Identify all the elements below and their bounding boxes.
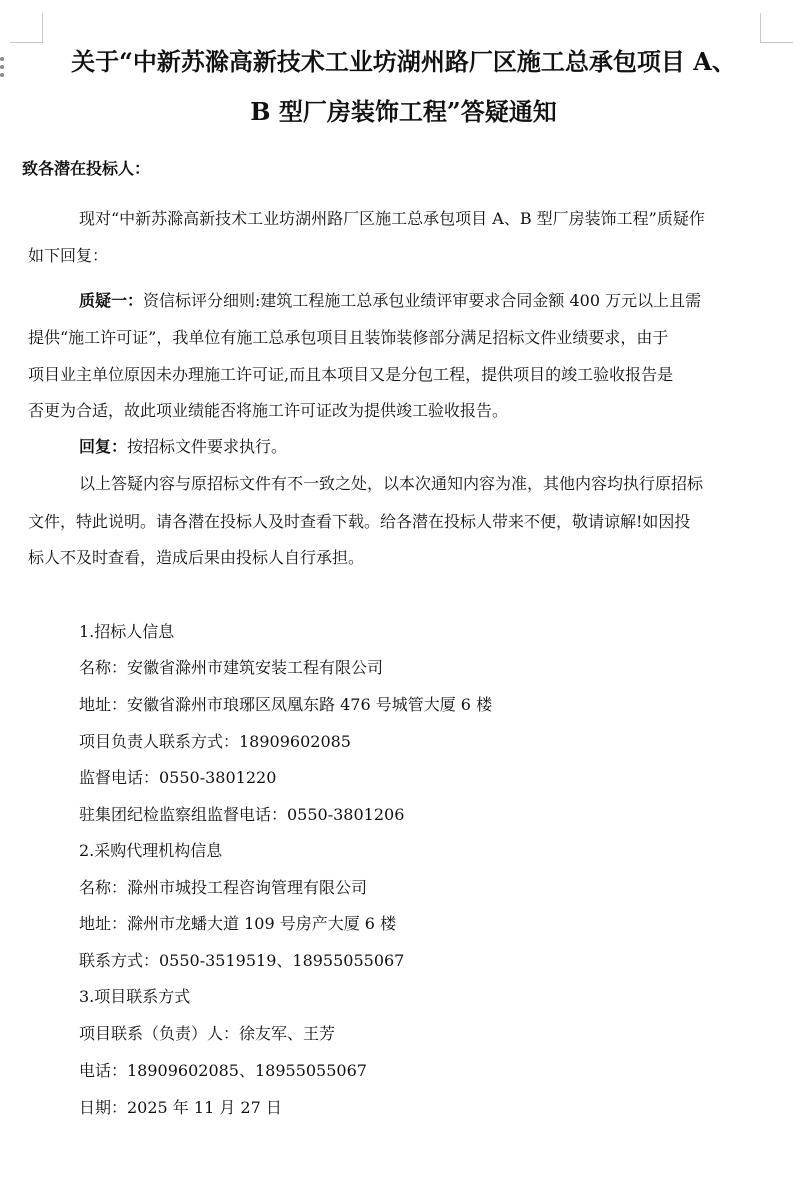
tenderer-project-lead-contact: 项目负责人联系方式：18909602085 bbox=[79, 731, 351, 753]
document-title-line-1: 关于“中新苏滁高新技术工业坊湖州路厂区施工总承包项目 A、 bbox=[20, 47, 787, 77]
agency-heading: 2.采购代理机构信息 bbox=[79, 840, 222, 862]
page-corner-mark-top-left bbox=[10, 13, 43, 43]
project-contact-phone: 电话：18909602085、18955055067 bbox=[79, 1060, 367, 1082]
intro-line-1: 现对“中新苏滁高新技术工业坊湖州路厂区施工总承包项目 A、B 型厂房装饰工程”质… bbox=[79, 208, 705, 230]
question-1-line-3: 项目业主单位原因未办理施工许可证,而且本项目又是分包工程，提供项目的竣工验收报告… bbox=[28, 364, 673, 386]
page-corner-mark-top-right bbox=[760, 13, 793, 43]
question-1-line-4: 否更为合适，故此项业绩能否将施工许可证改为提供竣工验收报告。 bbox=[28, 400, 508, 422]
tenderer-name: 名称：安徽省滁州市建筑安装工程有限公司 bbox=[79, 657, 383, 679]
question-1-line-2: 提供“施工许可证”，我单位有施工总承包项目且装饰装修部分满足招标文件业绩要求，由… bbox=[28, 327, 668, 349]
question-1-text: 资信标评分细则:建筑工程施工总承包业绩评审要求合同金额 400 万元以上且需 bbox=[143, 291, 701, 310]
tenderer-address: 地址：安徽省滁州市琅琊区凤凰东路 476 号城管大厦 6 楼 bbox=[79, 694, 492, 716]
document-date: 日期：2025 年 11 月 27 日 bbox=[79, 1097, 282, 1119]
notice-line-3: 标人不及时查看，造成后果由投标人自行承担。 bbox=[28, 547, 364, 569]
reply-1: 回复：按招标文件要求执行。 bbox=[79, 436, 287, 458]
drag-handle-dot bbox=[0, 57, 4, 61]
agency-address: 地址：滁州市龙蟠大道 109 号房产大厦 6 楼 bbox=[79, 913, 396, 935]
tenderer-discipline-phone: 驻集团纪检监察组监督电话：0550-3801206 bbox=[79, 804, 404, 826]
question-1-line-1: 质疑一：资信标评分细则:建筑工程施工总承包业绩评审要求合同金额 400 万元以上… bbox=[79, 290, 701, 312]
drag-handle-dot bbox=[0, 65, 4, 69]
notice-line-2: 文件，特此说明。请各潜在投标人及时查看下载。给各潜在投标人带来不便，敬请谅解!如… bbox=[28, 511, 690, 533]
drag-handle-dot bbox=[0, 73, 4, 77]
agency-name: 名称：滁州市城投工程咨询管理有限公司 bbox=[79, 877, 367, 899]
question-1-label: 质疑一： bbox=[79, 291, 143, 310]
drag-handle-icon[interactable] bbox=[0, 57, 5, 77]
tenderer-heading: 1.招标人信息 bbox=[79, 621, 174, 643]
salutation: 致各潜在投标人： bbox=[22, 158, 150, 180]
intro-line-2: 如下回复： bbox=[28, 245, 108, 267]
project-contact-heading: 3.项目联系方式 bbox=[79, 986, 190, 1008]
project-contact-persons: 项目联系（负责）人：徐友军、王芳 bbox=[79, 1023, 335, 1045]
notice-line-1: 以上答疑内容与原招标文件有不一致之处，以本次通知内容为准，其他内容均执行原招标 bbox=[79, 473, 703, 495]
reply-1-label: 回复： bbox=[79, 437, 127, 456]
agency-contact: 联系方式：0550-3519519、18955055067 bbox=[79, 950, 404, 972]
reply-1-text: 按招标文件要求执行。 bbox=[127, 437, 287, 456]
tenderer-supervision-phone: 监督电话：0550-3801220 bbox=[79, 767, 276, 789]
document-title-line-2: B 型厂房装饰工程”答疑通知 bbox=[20, 97, 787, 127]
